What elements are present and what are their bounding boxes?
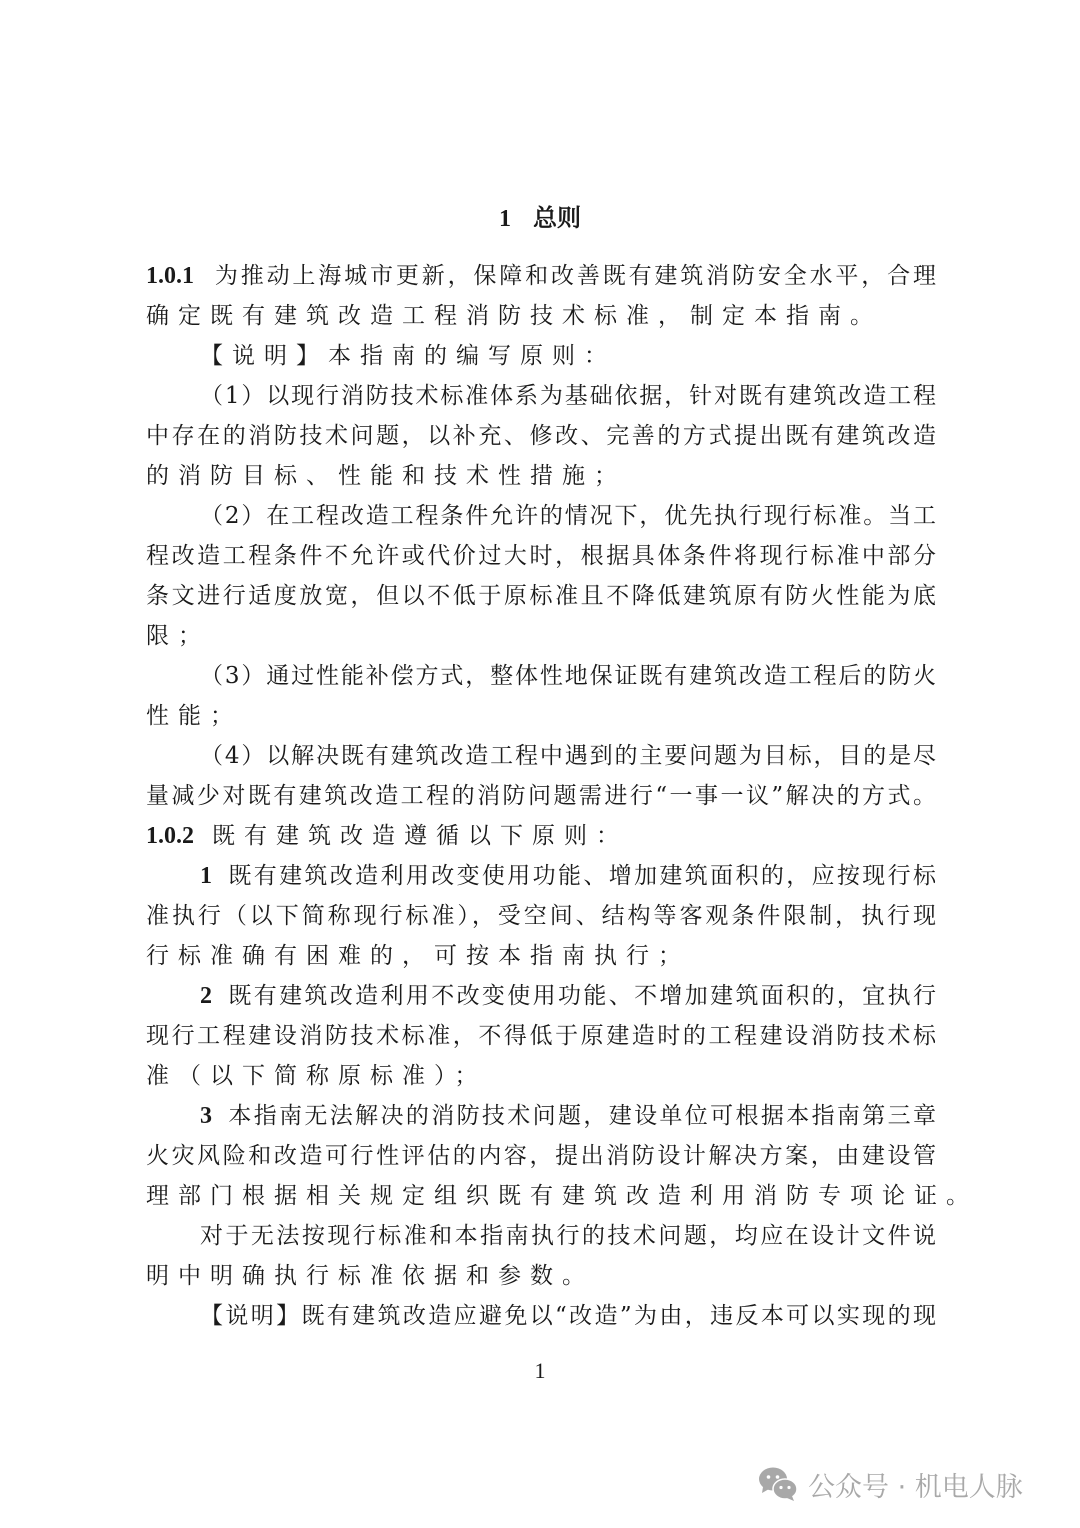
- text-line: 限；: [146, 616, 936, 656]
- text-line: （4）以解决既有建筑改造工程中遇到的主要问题为目标，目的是尽: [200, 736, 936, 776]
- line-text: 既有建筑改造遵循以下原则：: [212, 823, 628, 849]
- line-text: 对于无法按现行标准和本指南执行的技术问题，均应在设计文件说: [200, 1223, 936, 1249]
- line-text: 既有建筑改造利用改变使用功能、增加建筑面积的，应按现行标: [226, 863, 936, 889]
- document-page: 1总则 1.0.1为推动上海城市更新，保障和改善既有建筑消防安全水平，合理确定既…: [0, 0, 1080, 1528]
- line-text: 【说明】既有建筑改造应避免以“改造”为由，违反本可以实现的现: [200, 1303, 936, 1329]
- line-text: 限；: [146, 623, 210, 649]
- text-line: 2既有建筑改造利用不改变使用功能、不增加建筑面积的，宜执行: [200, 976, 936, 1016]
- text-line: 行标准确有困难的，可按本指南执行；: [146, 936, 936, 976]
- text-line: 1既有建筑改造利用改变使用功能、增加建筑面积的，应按现行标: [200, 856, 936, 896]
- line-text: 条文进行适度放宽，但以不低于原标准且不降低建筑原有防火性能为底: [146, 583, 936, 609]
- line-text: 程改造工程条件不允许或代价过大时，根据具体条件将现行标准中部分: [146, 543, 936, 569]
- line-text: 确定既有建筑改造工程消防技术标准，制定本指南。: [146, 303, 882, 329]
- text-line: 1.0.2既有建筑改造遵循以下原则：: [146, 816, 936, 856]
- line-text: 本指南无法解决的消防技术问题，建设单位可根据本指南第三章: [226, 1103, 936, 1129]
- page-number: 1: [0, 1358, 1080, 1384]
- text-line: 【说明】既有建筑改造应避免以“改造”为由，违反本可以实现的现: [200, 1296, 936, 1336]
- chapter-title-text: 总则: [533, 203, 581, 232]
- text-line: 确定既有建筑改造工程消防技术标准，制定本指南。: [146, 296, 936, 336]
- line-text: 量减少对既有建筑改造工程的消防问题需进行“一事一议”解决的方式。: [146, 783, 936, 809]
- line-text: （2）在工程改造工程条件允许的情况下，优先执行现行标准。当工: [200, 503, 936, 529]
- item-number: 1: [200, 863, 212, 889]
- text-line: （3）通过性能补偿方式，整体性地保证既有建筑改造工程后的防火: [200, 656, 936, 696]
- section-number: 1.0.2: [146, 823, 194, 849]
- line-text: 既有建筑改造利用不改变使用功能、不增加建筑面积的，宜执行: [226, 983, 936, 1009]
- text-line: 中存在的消防技术问题，以补充、修改、完善的方式提出既有建筑改造: [146, 416, 936, 456]
- text-line: （1）以现行消防技术标准体系为基础依据，针对既有建筑改造工程: [200, 376, 936, 416]
- text-line: 性能；: [146, 696, 936, 736]
- watermark: 公众号 · 机电人脉: [758, 1462, 1023, 1506]
- text-line: 准执行（以下简称现行标准），受空间、结构等客观条件限制，执行现: [146, 896, 936, 936]
- line-text: 为推动上海城市更新，保障和改善既有建筑消防安全水平，合理: [212, 263, 936, 289]
- text-line: 火灾风险和改造可行性评估的内容，提出消防设计解决方案，由建设管: [146, 1136, 936, 1176]
- text-line: 条文进行适度放宽，但以不低于原标准且不降低建筑原有防火性能为底: [146, 576, 936, 616]
- text-line: 【说明】本指南的编写原则：: [200, 336, 936, 376]
- line-text: 准（以下简称原标准）；: [146, 1063, 487, 1089]
- item-number: 3: [200, 1103, 212, 1129]
- text-line: 程改造工程条件不允许或代价过大时，根据具体条件将现行标准中部分: [146, 536, 936, 576]
- line-text: 行标准确有困难的，可按本指南执行；: [146, 943, 690, 969]
- line-text: 性能；: [146, 703, 242, 729]
- line-text: （1）以现行消防技术标准体系为基础依据，针对既有建筑改造工程: [200, 383, 936, 409]
- line-text: 理部门根据相关规定组织既有建筑改造利用消防专项论证。: [146, 1183, 978, 1209]
- text-line: 明中明确执行标准依据和参数。: [146, 1256, 936, 1296]
- section-number: 1.0.1: [146, 263, 194, 289]
- line-text: （3）通过性能补偿方式，整体性地保证既有建筑改造工程后的防火: [200, 663, 936, 689]
- line-text: 现行工程建设消防技术标准，不得低于原建造时的工程建设消防技术标: [146, 1023, 936, 1049]
- line-text: 火灾风险和改造可行性评估的内容，提出消防设计解决方案，由建设管: [146, 1143, 936, 1169]
- chapter-title: 1总则: [0, 198, 1080, 239]
- text-line: 准（以下简称原标准）；: [146, 1056, 936, 1096]
- text-line: 现行工程建设消防技术标准，不得低于原建造时的工程建设消防技术标: [146, 1016, 936, 1056]
- line-text: 明中明确执行标准依据和参数。: [146, 1263, 594, 1289]
- line-text: （4）以解决既有建筑改造工程中遇到的主要问题为目标，目的是尽: [200, 743, 936, 769]
- watermark-text: 公众号 · 机电人脉: [808, 1465, 1023, 1504]
- text-line: 的消防目标、性能和技术性措施；: [146, 456, 936, 496]
- line-text: 中存在的消防技术问题，以补充、修改、完善的方式提出既有建筑改造: [146, 423, 936, 449]
- chapter-number: 1: [499, 206, 511, 232]
- item-number: 2: [200, 983, 212, 1009]
- wechat-icon: [758, 1466, 798, 1502]
- text-line: 3本指南无法解决的消防技术问题，建设单位可根据本指南第三章: [200, 1096, 936, 1136]
- text-line: 理部门根据相关规定组织既有建筑改造利用消防专项论证。: [146, 1176, 936, 1216]
- text-line: （2）在工程改造工程条件允许的情况下，优先执行现行标准。当工: [200, 496, 936, 536]
- line-text: 准执行（以下简称现行标准），受空间、结构等客观条件限制，执行现: [146, 903, 936, 929]
- line-text: 【说明】本指南的编写原则：: [200, 343, 616, 369]
- text-line: 对于无法按现行标准和本指南执行的技术问题，均应在设计文件说: [200, 1216, 936, 1256]
- text-line: 量减少对既有建筑改造工程的消防问题需进行“一事一议”解决的方式。: [146, 776, 936, 816]
- line-text: 的消防目标、性能和技术性措施；: [146, 463, 626, 489]
- text-line: 1.0.1为推动上海城市更新，保障和改善既有建筑消防安全水平，合理: [146, 256, 936, 296]
